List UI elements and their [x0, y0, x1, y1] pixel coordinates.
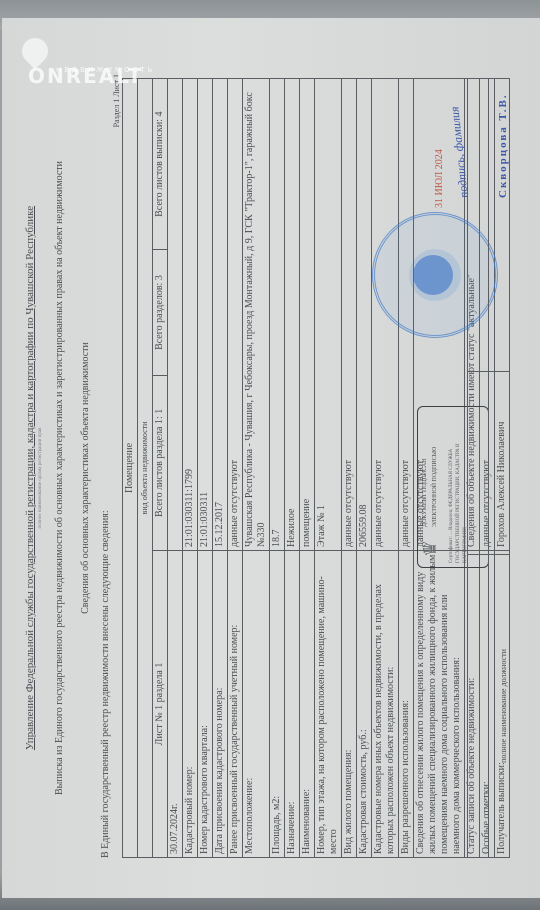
row-label: Номер, тип этажа, на котором расположено… [315, 551, 342, 858]
intro-text: В Единый государственный реестр недвижим… [100, 510, 111, 858]
row-label: Местоположение: [243, 551, 270, 858]
table-row: Вид жилого помещения:данные отсутствуют [342, 79, 357, 858]
sheets-total: Всего листов выписки: 4 [153, 79, 168, 250]
table-row: Кадастровые номера иных объектов недвижи… [372, 79, 399, 858]
row-label: Назначение: [285, 551, 300, 858]
row-label: Сведения об отнесении жилого помещения к… [414, 551, 465, 858]
table-row: Наименование:помещение [300, 79, 315, 858]
row-value: Нежилое [285, 79, 300, 551]
table-row: Площадь, м2:18.7 [270, 79, 285, 858]
extract-date: 30.07.2024г. [168, 551, 183, 858]
authority-name: Управление Федеральной службы государств… [24, 88, 36, 868]
handwritten-date: 31 ИЮЛ 2024 [434, 149, 445, 208]
document-subtitle: Сведения об основных характеристиках объ… [80, 88, 91, 868]
watermark-sub: НЕДВИЖИМОСТЬ [56, 66, 156, 74]
row-label: Площадь, м2: [270, 551, 285, 858]
document-page: Управление Федеральной службы государств… [2, 18, 540, 898]
sections-total: Всего разделов: 3 [153, 250, 168, 375]
row-label: Ранее присвоенный государственный учетны… [228, 551, 243, 858]
row-label: Виды разрешенного использования: [399, 551, 414, 858]
table-row: Кадастровая стоимость, руб.:206559.08 [357, 79, 372, 858]
table-row: Номер кадастрового квартала:21:01:030311 [198, 79, 213, 858]
row-label: Наименование: [300, 551, 315, 858]
row-label: Дата присвоения кадастрового номера: [213, 551, 228, 858]
row-label: Кадастровые номера иных объектов недвижи… [372, 551, 399, 858]
row-value: 206559.08 [357, 79, 372, 551]
cadastral-number-value: 21:01:030311:1799 [183, 79, 198, 551]
row-value: 15.12.2017 [213, 79, 228, 551]
row-label: Кадастровая стоимость, руб.: [357, 551, 372, 858]
row-label: Номер кадастрового квартала: [198, 551, 213, 858]
position-caption: полное наименование должности [489, 555, 510, 858]
sheets-in-section: Всего листов раздела 1: 1 [153, 375, 168, 550]
object-type-caption: вид объекта недвижимости [138, 79, 153, 858]
seal-emblem-icon [413, 255, 453, 295]
object-type: Помещение [123, 79, 138, 858]
table-row: Местоположение:Чувашская Республика - Чу… [243, 79, 270, 858]
row-label: Вид жилого помещения: [342, 551, 357, 858]
row-value: помещение [300, 79, 315, 551]
watermark: ONREALT НЕДВИЖИМОСТЬ [22, 38, 143, 88]
ecp-line-1: ДОКУМЕНТ ПОДПИСАН [422, 458, 428, 527]
table-row: Назначение:Нежилое [285, 79, 300, 858]
cadastral-number-label: Кадастровый номер: [183, 551, 198, 858]
sheet-number: Лист № 1 раздела 1 [153, 551, 168, 858]
document-title: Выписка из Единого государственного реес… [54, 88, 65, 868]
eagle-emblem-icon: ♛ [420, 541, 441, 557]
row-value: данные отсутствуют [342, 79, 357, 551]
row-value: 21:01:030311 [198, 79, 213, 551]
row-value: Этаж № 1 [315, 79, 342, 551]
ecp-details: Сертификат: ... Владелец: ФЕДЕРАЛЬНАЯ СЛ… [448, 413, 469, 563]
authority-caption: полное наименование органа регистрации п… [38, 88, 43, 868]
row-value: Чувашская Республика - Чувашия, г Чебокс… [243, 79, 270, 551]
table-row: Виды разрешенного использования:данные о… [399, 79, 414, 858]
ecp-line-2: ЭЛЕКТРОННОЙ ПОДПИСЬЮ [432, 447, 438, 527]
row-value: данные отсутствуют [228, 79, 243, 551]
table-row: Ранее присвоенный государственный учетны… [228, 79, 243, 858]
signature-block: полное наименование должности [467, 78, 515, 858]
table-row: Номер, тип этажа, на котором расположено… [315, 79, 342, 858]
table-row: Дата присвоения кадастрового номера:15.1… [213, 79, 228, 858]
row-value: 18.7 [270, 79, 285, 551]
